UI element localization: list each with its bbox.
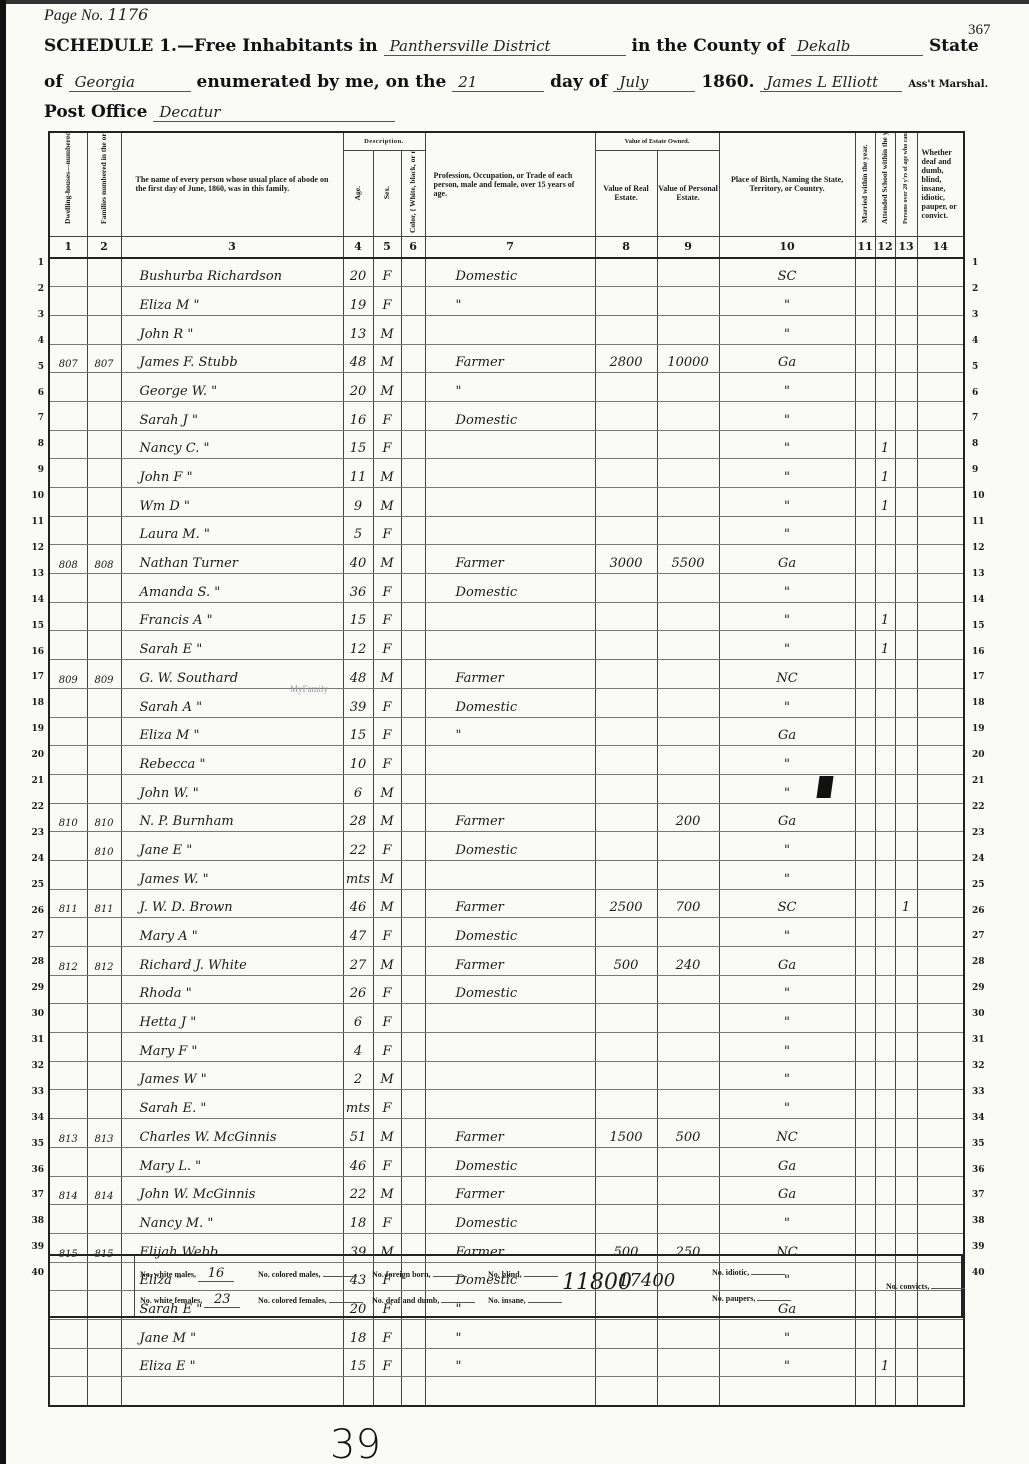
real-estate-value-cell [595,918,657,947]
col-number: 12 [875,236,895,258]
attended-school-cell [875,545,895,574]
line-number-right: 9 [972,465,978,475]
cannot-read-write-cell [895,947,917,976]
sex-cell: M [373,1119,401,1148]
col-number: 14 [917,236,964,258]
dwelling-number-cell [49,1004,87,1033]
personal-estate-value-cell [657,1147,719,1176]
dwelling-number-cell [49,1348,87,1377]
family-number-cell [87,975,121,1004]
attended-school-cell [875,1205,895,1234]
birthplace-cell: " [719,1061,855,1090]
attended-school-cell [875,401,895,430]
real-estate-value-cell [595,1147,657,1176]
condition-cell [917,459,964,488]
occupation-cell [425,860,595,889]
age-cell: 39 [343,688,373,717]
age-cell: 15 [343,430,373,459]
attended-school-cell [875,287,895,316]
married-within-year-cell [855,430,875,459]
occupation-cell [425,488,595,517]
color-cell [401,287,425,316]
condition-cell [917,602,964,631]
color-cell [401,660,425,689]
personal-estate-value-cell [657,602,719,631]
cannot-read-write-cell [895,1205,917,1234]
condition-cell [917,1061,964,1090]
age-cell: 11 [343,459,373,488]
cannot-read-write-cell [895,430,917,459]
line-number-right: 2 [972,284,978,294]
dwelling-number-cell [49,1033,87,1062]
dwelling-number-cell: 809 [49,660,87,689]
birthplace-cell: " [719,430,855,459]
personal-estate-value-cell: 5500 [657,545,719,574]
sex-cell: F [373,1033,401,1062]
condition-cell [917,746,964,775]
birthplace-cell: Ga [719,1176,855,1205]
person-name-cell: James W. " [121,860,343,889]
age-cell: 2 [343,1061,373,1090]
married-within-year-cell [855,401,875,430]
family-number-cell: 807 [87,344,121,373]
birthplace-cell: Ga [719,947,855,976]
birthplace-cell: " [719,832,855,861]
condition-cell [917,803,964,832]
table-row: James W "2M" [49,1061,964,1090]
cannot-read-write-cell [895,918,917,947]
sex-cell: F [373,1348,401,1377]
line-number-left: 9 [30,465,44,475]
condition-cell [917,258,964,287]
line-number-left: 16 [30,647,44,657]
line-number-right: 30 [972,1009,985,1019]
real-estate-value-cell [595,516,657,545]
line-number-left: 15 [30,621,44,631]
family-number-cell [87,631,121,660]
sex-cell: M [373,803,401,832]
real-estate-value-cell [595,746,657,775]
line-number-right: 34 [972,1113,985,1123]
person-name-cell: Hetta J " [121,1004,343,1033]
table-row: Hetta J "6F" [49,1004,964,1033]
sex-cell: M [373,1176,401,1205]
color-cell [401,947,425,976]
sex-cell: F [373,401,401,430]
birthplace-cell: NC [719,660,855,689]
personal-estate-value-cell [657,488,719,517]
married-within-year-cell [855,1319,875,1348]
person-name-cell: Wm D " [121,488,343,517]
real-estate-value-cell [595,459,657,488]
schedule-title: SCHEDULE 1.—Free Inhabitants in [44,36,378,56]
col-header-school: Attended School within the year. [875,132,895,236]
col-number: 6 [401,236,425,258]
blind: No. blind, [488,1270,558,1279]
dwelling-number-cell [49,373,87,402]
cannot-read-write-cell [895,1061,917,1090]
col-number: 4 [343,236,373,258]
attended-school-cell [875,660,895,689]
age-cell: 46 [343,889,373,918]
color-cell [401,918,425,947]
family-number-cell [87,516,121,545]
birthplace-cell: " [719,1205,855,1234]
table-row: Bushurba Richardson20FDomesticSC [49,258,964,287]
family-number-cell [87,373,121,402]
cannot-read-write-cell [895,803,917,832]
cannot-read-write-cell [895,746,917,775]
col-number: 10 [719,236,855,258]
line-number-left: 34 [30,1113,44,1123]
family-number-cell [87,746,121,775]
married-within-year-cell [855,516,875,545]
occupation-cell: Domestic [425,1147,595,1176]
age-cell: 6 [343,1004,373,1033]
personal-estate-value-cell [657,315,719,344]
condition-cell [917,774,964,803]
line-number-right: 3 [972,310,978,320]
family-number-cell [87,1033,121,1062]
deaf-dumb-label: No. deaf and dumb, [372,1296,439,1305]
line-number-left: 36 [30,1165,44,1175]
attended-school-cell: 1 [875,602,895,631]
dwelling-number-cell [49,1319,87,1348]
attended-school-cell [875,1004,895,1033]
condition-cell [917,1147,964,1176]
age-cell: mts [343,1090,373,1119]
line-number-right: 18 [972,698,985,708]
occupation-cell: Domestic [425,1205,595,1234]
attended-school-cell [875,1033,895,1062]
condition-cell [917,287,964,316]
day-field: 21 [452,73,544,92]
line-number-left: 21 [30,776,44,786]
condition-cell [917,688,964,717]
birthplace-cell: " [719,516,855,545]
attended-school-cell [875,947,895,976]
birthplace-cell: " [719,373,855,402]
person-name-cell: Nancy C. " [121,430,343,459]
dwelling-number-cell [49,774,87,803]
real-estate-value-cell [595,1205,657,1234]
sex-cell: F [373,602,401,631]
personal-estate-value-cell [657,746,719,775]
line-number-left: 29 [30,983,44,993]
cannot-read-write-cell [895,1319,917,1348]
idiotic: No. idiotic, [712,1268,785,1277]
married-within-year-cell [855,373,875,402]
line-number-left: 10 [30,491,44,501]
attended-school-cell [875,975,895,1004]
married-within-year-cell [855,688,875,717]
table-row: Mary F "4F" [49,1033,964,1062]
sex-cell: F [373,258,401,287]
color-cell [401,1147,425,1176]
county-label: in the County of [632,36,786,56]
married-within-year-cell [855,545,875,574]
sex-cell: F [373,746,401,775]
occupation-cell [425,516,595,545]
dwelling-number-cell: 811 [49,889,87,918]
line-number-left: 18 [30,698,44,708]
cannot-read-write-cell [895,1147,917,1176]
color-cell [401,774,425,803]
attended-school-cell [875,344,895,373]
color-cell [401,488,425,517]
married-within-year-cell [855,1061,875,1090]
birthplace-cell: Ga [719,545,855,574]
sex-cell: M [373,947,401,976]
cannot-read-write-cell [895,516,917,545]
line-number-left: 1 [30,258,44,268]
person-name-cell: Sarah J " [121,401,343,430]
sex-cell: F [373,1090,401,1119]
family-number-cell [87,688,121,717]
attended-school-cell [875,688,895,717]
birthplace-cell: " [719,1033,855,1062]
watermark: MyFamily [290,684,328,694]
attended-school-cell [875,1176,895,1205]
real-estate-value-cell [595,430,657,459]
insane: No. insane, [488,1296,562,1305]
line-number-right: 6 [972,388,978,398]
dwelling-number-cell [49,746,87,775]
person-name-cell: Sarah E " [121,631,343,660]
occupation-cell: Domestic [425,918,595,947]
table-row [49,1377,964,1406]
birthplace-cell: " [719,860,855,889]
col-number: 8 [595,236,657,258]
family-number-cell [87,315,121,344]
color-cell [401,1205,425,1234]
sex-cell: M [373,660,401,689]
real-estate-value-cell [595,1377,657,1406]
scan-top-edge [0,0,1029,4]
line-number-right: 14 [972,595,985,605]
line-number-right: 10 [972,491,985,501]
personal-estate-value-cell [657,860,719,889]
birthplace-cell: " [719,688,855,717]
attended-school-cell [875,258,895,287]
occupation-cell [425,1004,595,1033]
table-row: 809809G. W. Southard48MFarmerNC [49,660,964,689]
col-header-color: Color, { White, black, or mulatto. [401,150,425,236]
line-number-left: 25 [30,880,44,890]
person-name-cell: Nancy M. " [121,1205,343,1234]
color-cell [401,1033,425,1062]
cannot-read-write-cell [895,660,917,689]
line-number-left: 27 [30,931,44,941]
cannot-read-write-cell [895,975,917,1004]
occupation-cell: Domestic [425,832,595,861]
personal-estate-value-cell: 240 [657,947,719,976]
real-estate-value-cell [595,975,657,1004]
age-cell: 46 [343,1147,373,1176]
person-name-cell [121,1377,343,1406]
table-row: John R "13M" [49,315,964,344]
attended-school-cell [875,574,895,603]
married-within-year-cell [855,287,875,316]
sex-cell: M [373,459,401,488]
real-estate-value-cell: 1500 [595,1119,657,1148]
sex-cell: M [373,774,401,803]
condition-cell [917,947,964,976]
real-estate-value-cell [595,1319,657,1348]
color-cell [401,1004,425,1033]
page-number: Page No. 1176 [44,5,148,25]
dwelling-number-cell [49,430,87,459]
sex-cell: M [373,344,401,373]
line-number-left: 37 [30,1190,44,1200]
real-estate-value-cell [595,1061,657,1090]
condition-cell [917,574,964,603]
age-cell [343,1377,373,1406]
condition-cell [917,918,964,947]
age-cell: 51 [343,1119,373,1148]
white-females: No. white females, 23 [140,1292,240,1308]
real-estate-value-cell [595,1033,657,1062]
cannot-read-write-cell [895,602,917,631]
line-number-left: 14 [30,595,44,605]
page-no-value: 1176 [108,5,149,24]
white-females-label: No. white females, [140,1296,202,1305]
line-number-left: 39 [30,1242,44,1252]
colored-females-label: No. colored females, [258,1296,327,1305]
header-line-3: Post Office Decatur [44,102,395,122]
line-number-right: 19 [972,724,985,734]
cannot-read-write-cell [895,717,917,746]
line-number-left: 23 [30,828,44,838]
line-number-right: 15 [972,621,985,631]
attended-school-cell [875,717,895,746]
married-within-year-cell [855,488,875,517]
married-within-year-cell [855,344,875,373]
age-cell: 19 [343,287,373,316]
line-number-left: 13 [30,569,44,579]
dwelling-number-cell [49,918,87,947]
line-number-right: 13 [972,569,985,579]
birthplace-cell: SC [719,258,855,287]
family-number-cell [87,430,121,459]
table-row: Nancy M. "18FDomestic" [49,1205,964,1234]
occupation-cell [425,430,595,459]
condition-cell [917,315,964,344]
sex-cell: F [373,975,401,1004]
summary-box: No. white males, 16 No. white females, 2… [48,1254,963,1318]
family-number-cell: 812 [87,947,121,976]
married-within-year-cell [855,717,875,746]
table-row: Amanda S. "36FDomestic" [49,574,964,603]
line-number-right: 20 [972,750,985,760]
line-number-right: 38 [972,1216,985,1226]
line-number-right: 25 [972,880,985,890]
family-number-cell [87,1061,121,1090]
person-name-cell: Jane E " [121,832,343,861]
condition-cell [917,975,964,1004]
condition-cell [917,860,964,889]
attended-school-cell [875,803,895,832]
real-estate-value-cell [595,258,657,287]
marshal-title: Ass't Marshal. [908,79,988,90]
column-number-row: 1 2 3 4 5 6 7 8 9 10 11 12 13 14 [49,236,964,258]
of-label: of [44,72,63,92]
sex-cell: F [373,287,401,316]
married-within-year-cell [855,1004,875,1033]
dwelling-number-cell [49,717,87,746]
person-name-cell: Laura M. " [121,516,343,545]
color-cell [401,688,425,717]
real-estate-value-cell [595,287,657,316]
family-number-cell [87,1147,121,1176]
occupation-cell: Farmer [425,947,595,976]
personal-estate-value-cell: 500 [657,1119,719,1148]
personal-estate-value-cell: 200 [657,803,719,832]
personal-estate-value-cell [657,1205,719,1234]
line-number-left: 4 [30,336,44,346]
occupation-cell: Farmer [425,660,595,689]
line-number-left: 24 [30,854,44,864]
color-cell [401,746,425,775]
cannot-read-write-cell [895,832,917,861]
attended-school-cell [875,746,895,775]
table-row: 811811J. W. D. Brown46MFarmer2500700SC1 [49,889,964,918]
occupation-cell [425,631,595,660]
occupation-cell [425,1090,595,1119]
line-number-left: 40 [30,1268,44,1278]
personal-estate-value-cell [657,373,719,402]
cannot-read-write-cell [895,1033,917,1062]
col-header-occupation: Profession, Occupation, or Trade of each… [425,132,595,236]
family-number-cell: 810 [87,803,121,832]
white-males-label: No. white males, [140,1270,196,1279]
col-number: 2 [87,236,121,258]
birthplace-cell: " [719,975,855,1004]
occupation-cell: " [425,373,595,402]
occupation-cell: Domestic [425,688,595,717]
cannot-read-write-cell [895,344,917,373]
occupation-cell [425,315,595,344]
person-name-cell: Charles W. McGinnis [121,1119,343,1148]
condition-cell [917,516,964,545]
dwelling-number-cell [49,1147,87,1176]
color-cell [401,401,425,430]
line-number-left: 35 [30,1139,44,1149]
sex-cell: F [373,430,401,459]
real-estate-value-cell [595,602,657,631]
married-within-year-cell [855,315,875,344]
line-number-left: 17 [30,672,44,682]
table-row: George W. "20M"" [49,373,964,402]
attended-school-cell [875,1147,895,1176]
state-label: State [929,36,979,56]
census-table: Dwelling-houses—numbered in the order of… [48,131,965,1407]
enumerated-label: enumerated by me, on the [197,72,447,92]
deaf-dumb: No. deaf and dumb, [372,1296,475,1305]
married-within-year-cell [855,1147,875,1176]
line-number-left: 30 [30,1009,44,1019]
person-name-cell: J. W. D. Brown [121,889,343,918]
census-rows: Bushurba Richardson20FDomesticSCEliza M … [49,258,964,1407]
attended-school-cell [875,918,895,947]
table-row: 810810N. P. Burnham28MFarmer200Ga [49,803,964,832]
table-row: 812812Richard J. White27MFarmer500240Ga [49,947,964,976]
personal-estate-value-cell [657,832,719,861]
dwelling-number-cell [49,287,87,316]
condition-cell [917,430,964,459]
line-number-right: 26 [972,906,985,916]
age-cell: 15 [343,602,373,631]
